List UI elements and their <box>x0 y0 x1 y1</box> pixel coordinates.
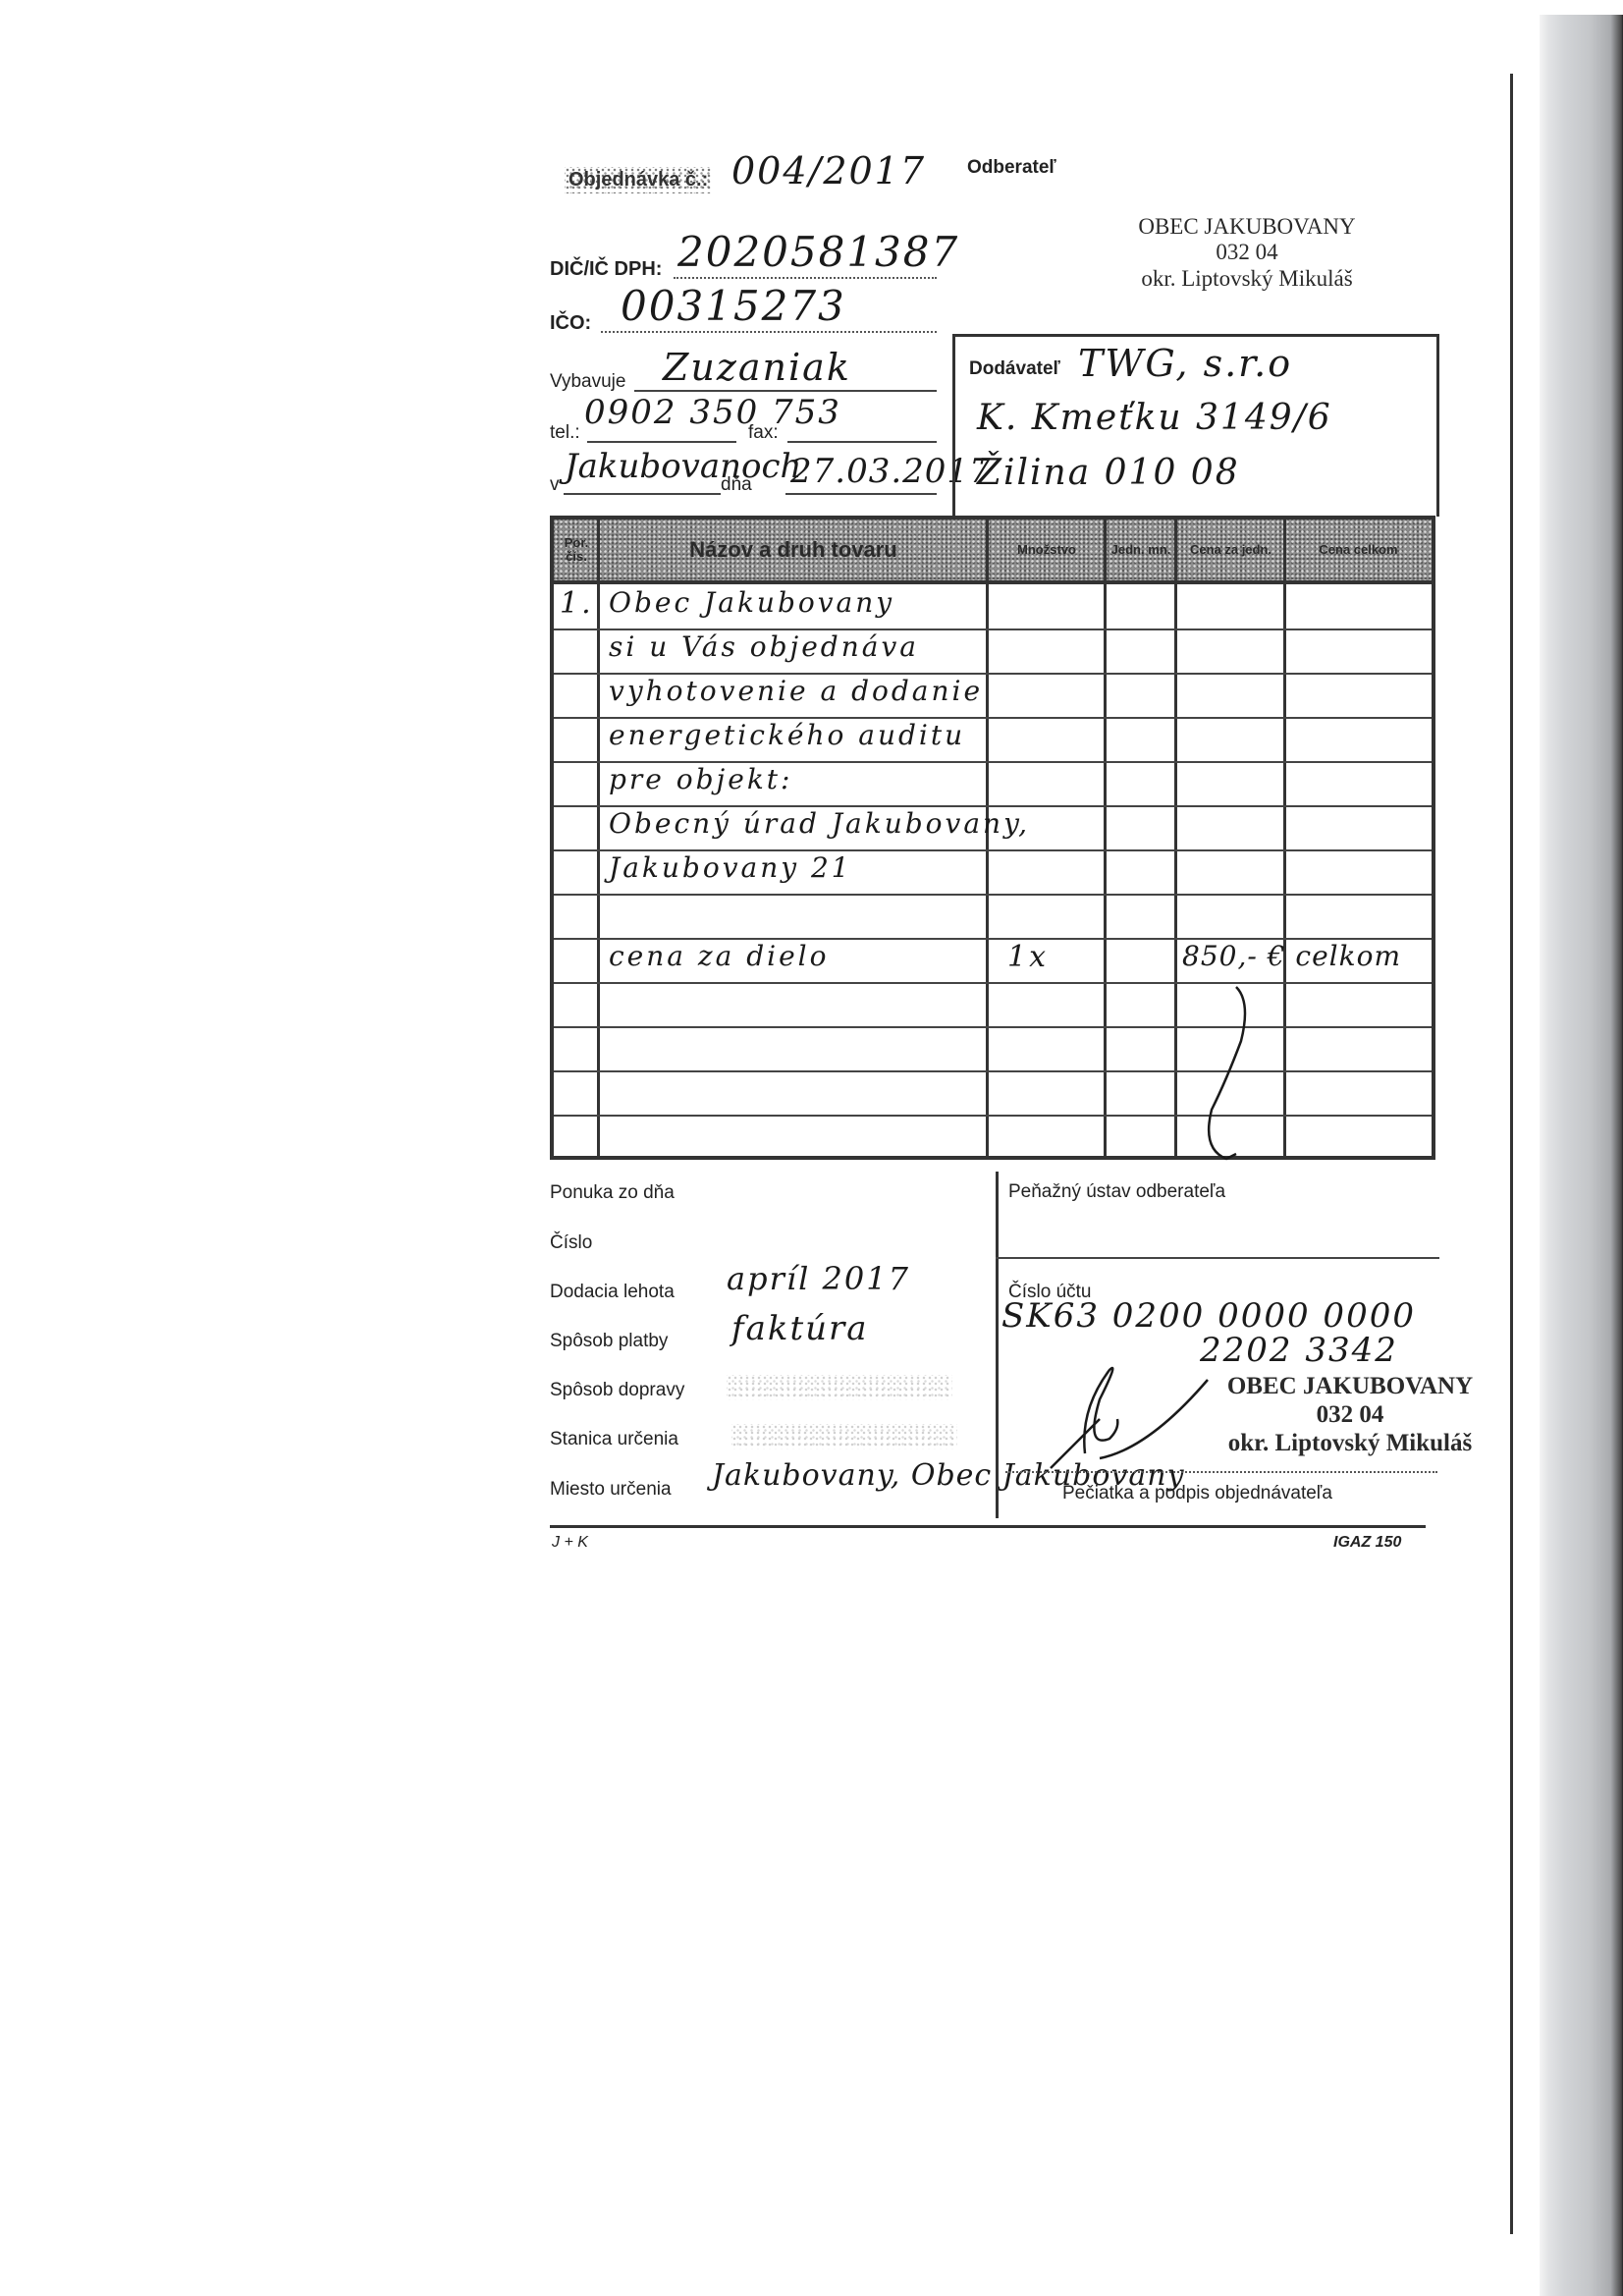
signature-stamp: OBEC JAKUBOVANY 032 04 okr. Liptovský Mi… <box>1203 1373 1497 1457</box>
supplier-city: Žilina 010 08 <box>977 453 1240 493</box>
delivery-details: Ponuka zo dňa Číslo Dodacia lehota apríl… <box>550 1174 994 1527</box>
company-id-value: 00315273 <box>621 282 846 330</box>
customer-stamp-zip: 032 04 <box>1090 240 1404 265</box>
date-line <box>785 493 937 495</box>
item-price-total: 850,- € celkom <box>1182 940 1401 972</box>
footer-divider <box>996 1172 999 1518</box>
signature <box>1041 1360 1227 1478</box>
fax-label: fax: <box>748 422 779 444</box>
handled-by-value: Zuzaniak <box>663 346 851 389</box>
row-divider <box>554 894 1432 896</box>
row-divider <box>554 982 1432 984</box>
bank-divider <box>996 1257 1439 1259</box>
item-description-line: Obec Jakubovany <box>609 586 894 619</box>
supplier-street: K. Kmeťku 3149/6 <box>977 398 1332 438</box>
order-items-table: Por. čís.Názov a druh tovaruMnožstvoJedn… <box>550 516 1435 1160</box>
account-line-1: SK63 0200 0000 0000 <box>1001 1296 1416 1336</box>
faded-transport-stamp <box>727 1375 952 1400</box>
table-header: Por. čís.Názov a druh tovaruMnožstvoJedn… <box>554 519 1432 584</box>
column-divider <box>597 519 600 1156</box>
delivery-term-label: Dodacia lehota <box>550 1282 675 1303</box>
transport-label: Spôsob dopravy <box>550 1380 684 1401</box>
item-description-line: si u Vás objednáva <box>609 630 919 663</box>
customer-label: Odberateľ <box>967 157 1056 179</box>
order-number-value: 004/2017 <box>731 149 926 192</box>
row-divider <box>554 1115 1432 1117</box>
print-mark-left: J + K <box>552 1534 588 1552</box>
row-divider <box>554 1070 1432 1072</box>
supplier-box: Dodávateľ TWG, s.r.o K. Kmeťku 3149/6 Ži… <box>952 334 1439 517</box>
offer-date-label: Ponuka zo dňa <box>550 1182 675 1204</box>
scanner-edge <box>1540 15 1623 2296</box>
fax-line <box>787 441 937 443</box>
vat-id-label: DIČ/IČ DPH: <box>550 258 662 281</box>
handled-by-label: Vybavuje <box>550 371 625 393</box>
payment-method-label: Spôsob platby <box>550 1331 668 1352</box>
tel-label: tel.: <box>550 422 580 444</box>
handled-by-line <box>634 390 937 392</box>
supplier-name: TWG, s.r.o <box>1078 342 1292 385</box>
column-divider <box>1283 519 1286 1156</box>
place-line <box>564 493 721 495</box>
account-line-2: 2202 3342 <box>1200 1331 1398 1370</box>
payment-method-value: faktúra <box>731 1309 869 1348</box>
footer-rule <box>550 1525 1426 1528</box>
faded-station-stamp <box>731 1424 957 1449</box>
customer-stamp-name: OBEC JAKUBOVANY <box>1090 214 1404 240</box>
station-label: Stanica určenia <box>550 1429 678 1450</box>
supplier-label: Dodávateľ <box>969 358 1060 380</box>
vat-id-line <box>674 277 937 279</box>
item-description-line: Obecný úrad Jakubovany, <box>609 807 1030 840</box>
column-header: Množstvo <box>988 519 1106 580</box>
item-quantity: 1x <box>1007 940 1049 974</box>
destination-label: Miesto určenia <box>550 1479 672 1501</box>
bank-label: Peňažný ústav odberateľa <box>1008 1181 1225 1203</box>
tel-line <box>587 441 736 443</box>
column-header: Jedn. mn. <box>1106 519 1176 580</box>
signature-stamp-district: okr. Liptovský Mikuláš <box>1203 1430 1497 1458</box>
print-mark-right: IGAZ 150 <box>1333 1534 1401 1552</box>
date-label: dňa <box>721 474 752 496</box>
item-description-line: pre objekt: <box>609 763 792 795</box>
item-description-line: vyhotovenie a dodanie <box>609 675 983 707</box>
item-description-line: Jakubovany 21 <box>609 851 852 884</box>
item-description-line: cena za dielo <box>609 940 830 972</box>
item-number: 1. <box>560 586 594 621</box>
column-divider <box>1104 519 1107 1156</box>
signature-stamp-zip: 032 04 <box>1203 1401 1497 1430</box>
number-label: Číslo <box>550 1232 592 1254</box>
page-edge-line <box>1510 74 1513 2234</box>
vat-id-value: 2020581387 <box>677 228 959 276</box>
tel-value: 0902 350 753 <box>584 393 841 432</box>
item-description-line: energetického auditu <box>609 719 965 751</box>
cancel-squiggle-mark <box>1197 982 1275 1178</box>
column-divider <box>1174 519 1177 1156</box>
row-divider <box>554 1026 1432 1028</box>
company-id-label: IČO: <box>550 312 591 335</box>
company-id-line <box>601 331 937 333</box>
column-header: Por. čís. <box>554 519 599 580</box>
customer-stamp-district: okr. Liptovský Mikuláš <box>1090 266 1404 292</box>
column-header: Názov a druh tovaru <box>599 519 988 580</box>
signature-line <box>1005 1471 1437 1473</box>
delivery-term-value: apríl 2017 <box>727 1260 910 1297</box>
place-label: v <box>550 474 560 496</box>
signature-stamp-name: OBEC JAKUBOVANY <box>1203 1373 1497 1401</box>
order-number-label: Objednávka č.: <box>565 167 712 193</box>
column-header: Cena celkom <box>1285 519 1432 580</box>
signature-label: Pečiatka a podpis objednávateľa <box>1062 1483 1332 1504</box>
column-header: Cena za jedn. <box>1176 519 1285 580</box>
place-value: Jakubovanoch <box>565 447 801 486</box>
customer-stamp: OBEC JAKUBOVANY 032 04 okr. Liptovský Mi… <box>1090 214 1404 292</box>
